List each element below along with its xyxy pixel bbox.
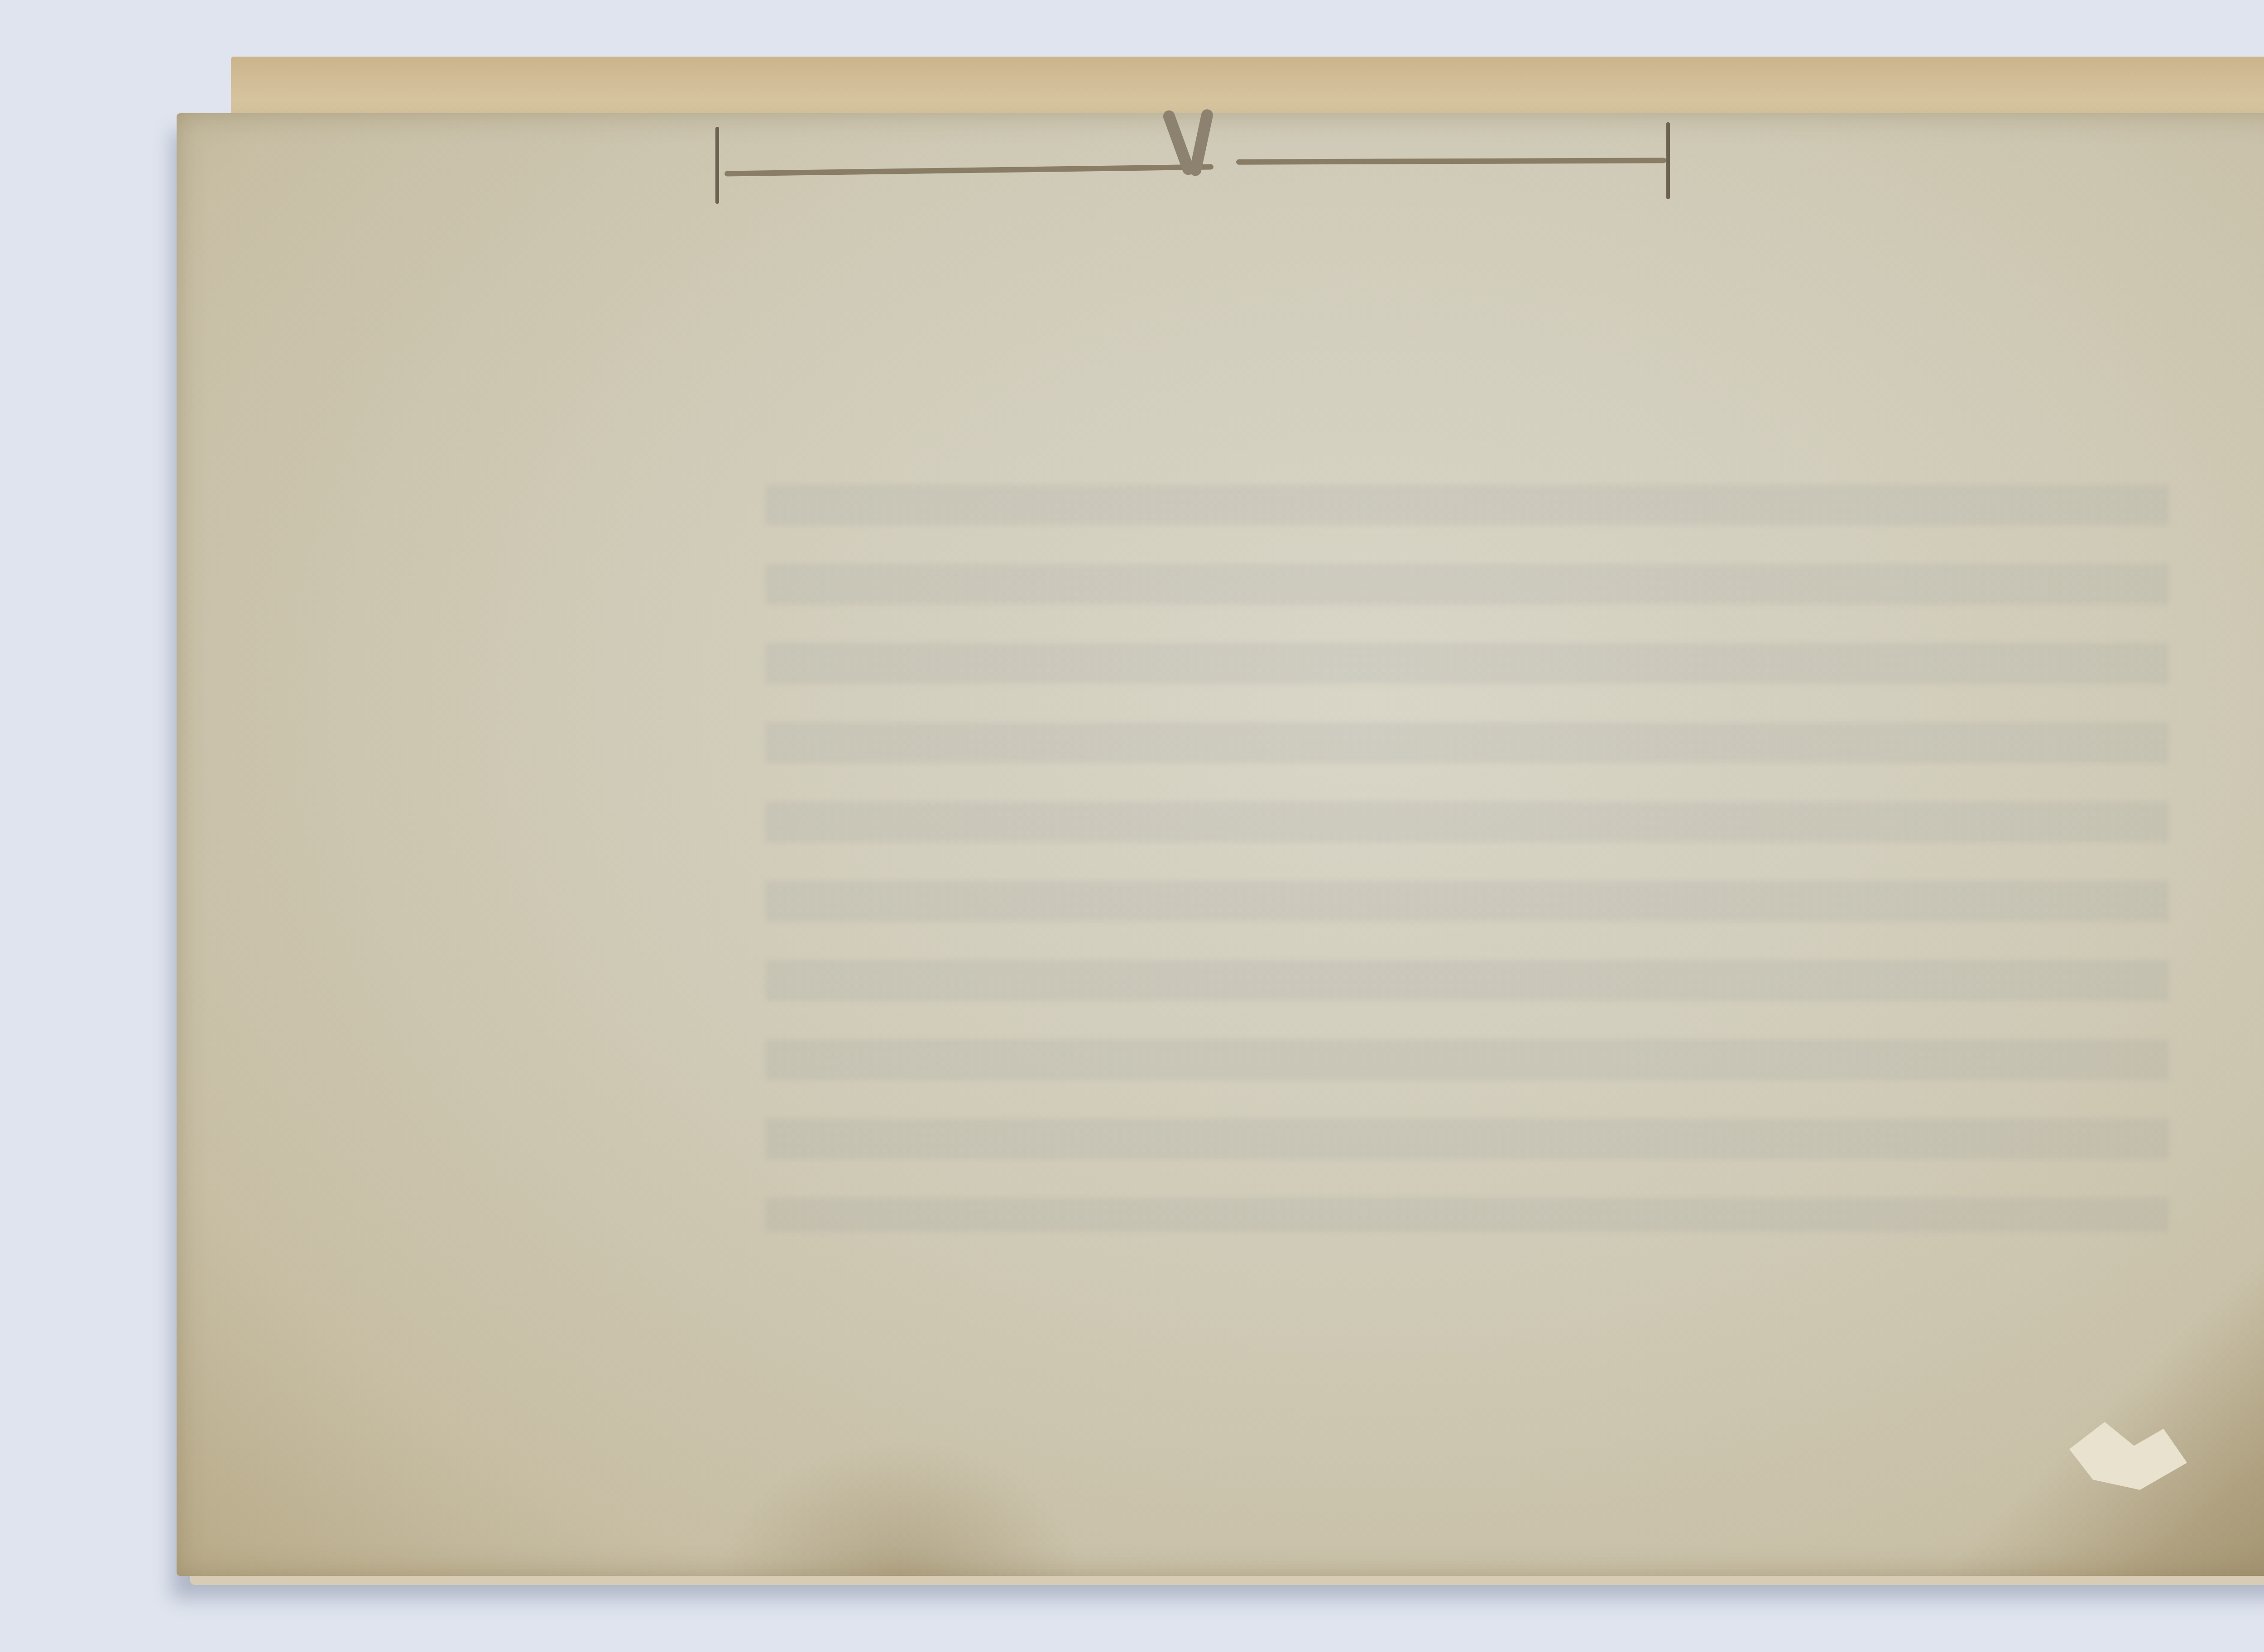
water-stain-bottom — [720, 1440, 1082, 1576]
water-stain-corner — [1938, 1168, 2264, 1576]
bleed-through-text — [765, 485, 2169, 1232]
binding-knot — [1168, 109, 1223, 181]
binding-hole-right — [1666, 122, 1670, 199]
binding-hole-left — [715, 127, 719, 204]
book-back-cover — [177, 113, 2264, 1576]
